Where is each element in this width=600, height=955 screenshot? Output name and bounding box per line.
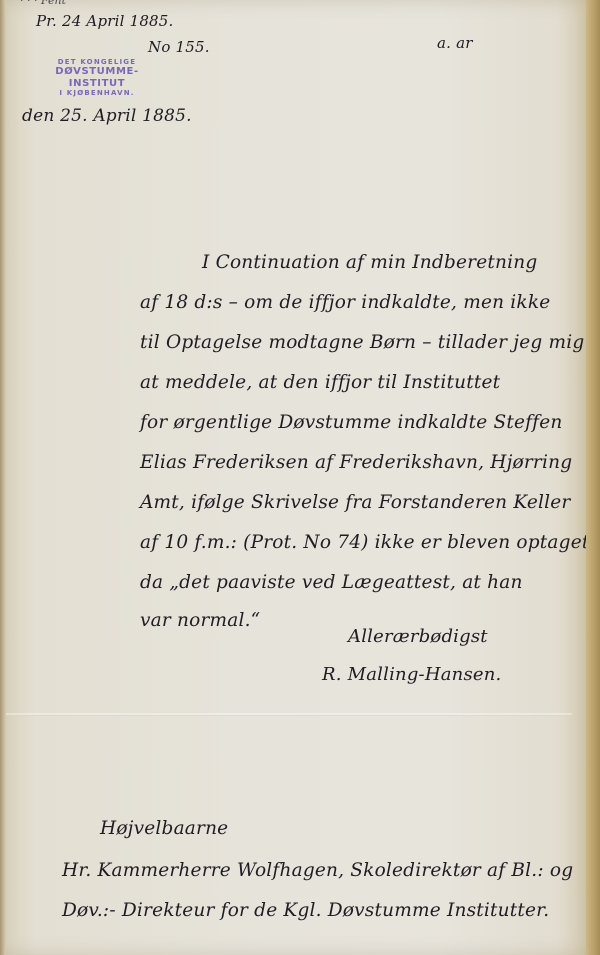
top-edge-fragment-text: · · · Fent: [20, 0, 66, 7]
body-line: af 10 f.m.: (Prot. No 74) ikke er bleven…: [140, 532, 596, 553]
body-line: at meddele, at den iffjor til Institutte…: [140, 372, 500, 393]
body-line: Elias Frederiksen af Frederikshavn, Hjør…: [140, 452, 572, 473]
addressee-title: Højvelbaarne: [100, 818, 228, 839]
letter-date: den 25. April 1885.: [22, 106, 192, 126]
reference-number: No 155.: [148, 38, 210, 56]
body-line: var normal.“: [140, 610, 260, 631]
addressee-name: Hr. Kammerherre Wolfhagen, Skoledirektør…: [62, 860, 573, 881]
signature: R. Malling-Hansen.: [322, 664, 501, 685]
stamp-line-3: I KJØBENHAVN.: [32, 89, 162, 97]
body-line: Amt, ifølge Skrivelse fra Forstanderen K…: [140, 492, 570, 513]
closing-salutation: Allerærbødigst: [348, 626, 488, 647]
stamp-line-2: DØVSTUMME-INSTITUT: [32, 66, 162, 89]
page-fold-line: [6, 713, 572, 716]
received-note: Pr. 24 April 1885.: [36, 12, 174, 30]
institution-stamp: DET KONGELIGE DØVSTUMME-INSTITUT I KJØBE…: [32, 58, 162, 97]
corner-mark: a. ar: [437, 34, 473, 52]
document-page: · · · Fent Pr. 24 April 1885. No 155. a.…: [0, 0, 586, 955]
body-line: da „det paaviste ved Lægeattest, at han: [140, 572, 523, 593]
body-line: til Optagelse modtagne Børn – tillader j…: [140, 332, 584, 353]
addressee-position: Døv.:- Direkteur for de Kgl. Døvstumme I…: [62, 900, 549, 921]
body-line: for ørgentlige Døvstumme indkaldte Steff…: [140, 412, 562, 433]
page-edge: [586, 0, 600, 955]
body-line: I Continuation af min Indberetning: [202, 252, 537, 273]
body-line: af 18 d:s – om de iffjor indkaldte, men …: [140, 292, 550, 313]
stamp-line-1: DET KONGELIGE: [32, 58, 162, 66]
